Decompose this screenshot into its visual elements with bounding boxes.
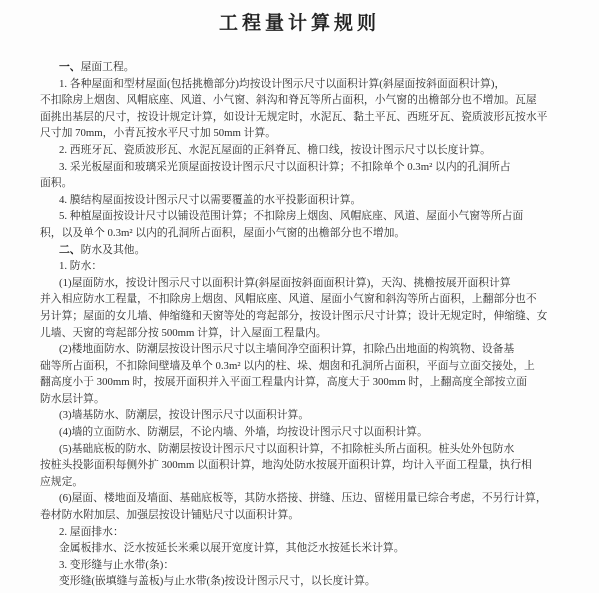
text-line: 不扣除房上烟囱、风帽底座、风道、小气窗、斜沟和脊瓦等所占面积，小气窗的出檐部分也…: [40, 92, 534, 109]
line-text: 2. 西班牙瓦、瓷质波形瓦、水泥瓦屋面的正斜脊瓦、檐口线，按设计图示尺寸以长度计…: [59, 144, 491, 156]
section-number: 一、: [59, 61, 81, 73]
line-text: (1)屋面防水，按设计图示尺寸以面积计算(斜屋面按斜面面积计算)，天沟、挑檐按展…: [59, 277, 511, 289]
line-text: (5)基础底板的防水、防潮层按设计图示尺寸以面积计算，不扣除桩头所占面积。桩头处…: [59, 443, 514, 455]
text-line: 积，以及单个 0.3m² 以内的孔洞所占面积，屋面小气窗的出檐部分也不增加。: [40, 225, 534, 242]
text-line: 应规定。: [40, 474, 534, 491]
line-text: 础等所占面积，不扣除间壁墙及单个 0.3m² 以内的柱、垛、烟囱和孔洞所占面积，…: [40, 360, 535, 372]
text-line: 5. 种植屋面按设计尺寸以铺设范围计算；不扣除房上烟囱、风帽底座、风道、屋面小气…: [40, 208, 534, 225]
text-line: 另计算；屋面的女儿墙、伸缩缝和天窗等处的弯起部分，按设计图示尺寸计算；设计无规定…: [40, 308, 534, 325]
text-line: (1)屋面防水，按设计图示尺寸以面积计算(斜屋面按斜面面积计算)，天沟、挑檐按展…: [40, 275, 534, 292]
line-text: 5. 种植屋面按设计尺寸以铺设范围计算；不扣除房上烟囱、风帽底座、风道、屋面小气…: [59, 210, 523, 222]
line-text: 1. 各种屋面和型材屋面(包括挑檐部分)均按设计图示尺寸以面积计算(斜屋面按斜面…: [59, 78, 505, 90]
text-line: 二、防水及其他。: [40, 242, 534, 259]
text-line: 3. 采光板屋面和玻璃采光顶屋面按设计图示尺寸以面积计算；不扣除单个 0.3m²…: [40, 159, 534, 176]
line-text: 防水及其他。: [81, 244, 146, 256]
line-text: 2. 屋面排水：: [59, 526, 124, 538]
line-text: 尺寸加 70mm，小青瓦按水平尺寸加 50mm 计算。: [40, 127, 276, 139]
line-text: 金属板排水、泛水按延长米乘以展开宽度计算，其他泛水按延长米计算。: [59, 542, 405, 554]
line-text: 4. 膜结构屋面按设计图示尺寸以需要覆盖的水平投影面积计算。: [59, 194, 361, 206]
page-title: 工程量计算规则: [0, 8, 599, 35]
line-text: 翻高度小于 300mm 时，按展开面积并入平面工程量内计算，高度大于 300mm…: [40, 376, 527, 388]
line-text: 屋面工程。: [81, 61, 135, 73]
line-text: (4)墙的立面防水、防潮层，不论内墙、外墙，均按设计图示尺寸以面积计算。: [59, 426, 428, 438]
line-text: 面积。: [40, 177, 72, 189]
line-text: 儿墙、天窗的弯起部分按 500mm 计算，计入屋面工程量内。: [40, 327, 327, 339]
text-line: (4)墙的立面防水、防潮层，不论内墙、外墙，均按设计图示尺寸以面积计算。: [40, 424, 534, 441]
text-line: 按桩头投影面积每侧外扩 300mm 以面积计算，地沟处防水按展开面积计算，均计入…: [40, 457, 534, 474]
text-line: 础等所占面积，不扣除间壁墙及单个 0.3m² 以内的柱、垛、烟囱和孔洞所占面积，…: [40, 358, 534, 375]
text-line: (6)屋面、楼地面及墙面、基础底板等，其防水搭接、拼缝、压边、留槎用量已综合考虑…: [40, 490, 534, 507]
text-line: (3)墙基防水、防潮层，按设计图示尺寸以面积计算。: [40, 407, 534, 424]
line-text: (3)墙基防水、防潮层，按设计图示尺寸以面积计算。: [59, 409, 309, 421]
line-text: 1. 防水：: [59, 260, 102, 272]
text-line: 卷材防水附加层、加强层按设计铺贴尺寸以面积计算。: [40, 507, 534, 524]
line-text: 变形缝(嵌填缝与盖板)与止水带(条)按设计图示尺寸，以长度计算。: [59, 575, 376, 587]
line-text: (6)屋面、楼地面及墙面、基础底板等，其防水搭接、拼缝、压边、留槎用量已综合考虑…: [59, 492, 547, 504]
text-line: 变形缝(嵌填缝与盖板)与止水带(条)按设计图示尺寸，以长度计算。: [40, 573, 534, 590]
scanned-document-page: 工程量计算规则 一、屋面工程。1. 各种屋面和型材屋面(包括挑檐部分)均按设计图…: [0, 0, 599, 593]
text-line: (2)楼地面防水、防潮层按设计图示尺寸以主墙间净空面积计算，扣除凸出地面的构筑物…: [40, 341, 534, 358]
line-text: 面挑出基层的尺寸，按设计规定计算，如设计无规定时，水泥瓦、黏土平瓦、西班牙瓦、瓷…: [40, 111, 547, 123]
text-line: 尺寸加 70mm，小青瓦按水平尺寸加 50mm 计算。: [40, 125, 534, 142]
line-text: 不扣除房上烟囱、风帽底座、风道、小气窗、斜沟和脊瓦等所占面积，小气窗的出檐部分也…: [40, 94, 537, 106]
line-text: (2)楼地面防水、防潮层按设计图示尺寸以主墙间净空面积计算，扣除凸出地面的构筑物…: [59, 343, 514, 355]
line-text: 3. 变形缝与止水带(条)：: [59, 559, 174, 571]
text-line: 面挑出基层的尺寸，按设计规定计算，如设计无规定时，水泥瓦、黏土平瓦、西班牙瓦、瓷…: [40, 109, 534, 126]
line-text: 3. 采光板屋面和玻璃采光顶屋面按设计图示尺寸以面积计算；不扣除单个 0.3m²…: [59, 161, 511, 173]
line-text: 防水层计算。: [40, 393, 105, 405]
line-text: 另计算；屋面的女儿墙、伸缩缝和天窗等处的弯起部分，按设计图示尺寸计算；设计无规定…: [40, 310, 547, 322]
text-line: 金属板排水、泛水按延长米乘以展开宽度计算，其他泛水按延长米计算。: [40, 540, 534, 557]
document-body: 一、屋面工程。1. 各种屋面和型材屋面(包括挑檐部分)均按设计图示尺寸以面积计算…: [40, 59, 534, 590]
line-text: 按桩头投影面积每侧外扩 300mm 以面积计算，地沟处防水按展开面积计算，均计入…: [40, 459, 532, 471]
text-line: 1. 防水：: [40, 258, 534, 275]
line-text: 卷材防水附加层、加强层按设计铺贴尺寸以面积计算。: [40, 509, 299, 521]
line-text: 积，以及单个 0.3m² 以内的孔洞所占面积，屋面小气窗的出檐部分也不增加。: [40, 227, 405, 239]
text-line: 翻高度小于 300mm 时，按展开面积并入平面工程量内计算，高度大于 300mm…: [40, 374, 534, 391]
text-line: 并入相应防水工程量，不扣除房上烟囱、风帽底座、风道、屋面小气窗和斜沟等所占面积，…: [40, 291, 534, 308]
text-line: 2. 西班牙瓦、瓷质波形瓦、水泥瓦屋面的正斜脊瓦、檐口线，按设计图示尺寸以长度计…: [40, 142, 534, 159]
text-line: 防水层计算。: [40, 391, 534, 408]
text-line: (5)基础底板的防水、防潮层按设计图示尺寸以面积计算，不扣除桩头所占面积。桩头处…: [40, 441, 534, 458]
text-line: 1. 各种屋面和型材屋面(包括挑檐部分)均按设计图示尺寸以面积计算(斜屋面按斜面…: [40, 76, 534, 93]
text-line: 4. 膜结构屋面按设计图示尺寸以需要覆盖的水平投影面积计算。: [40, 192, 534, 209]
section-number: 二、: [59, 244, 81, 256]
text-line: 3. 变形缝与止水带(条)：: [40, 557, 534, 574]
line-text: 并入相应防水工程量，不扣除房上烟囱、风帽底座、风道、屋面小气窗和斜沟等所占面积，…: [40, 293, 537, 305]
text-line: 面积。: [40, 175, 534, 192]
line-text: 应规定。: [40, 476, 83, 488]
text-line: 儿墙、天窗的弯起部分按 500mm 计算，计入屋面工程量内。: [40, 325, 534, 342]
text-line: 一、屋面工程。: [40, 59, 534, 76]
text-line: 2. 屋面排水：: [40, 524, 534, 541]
